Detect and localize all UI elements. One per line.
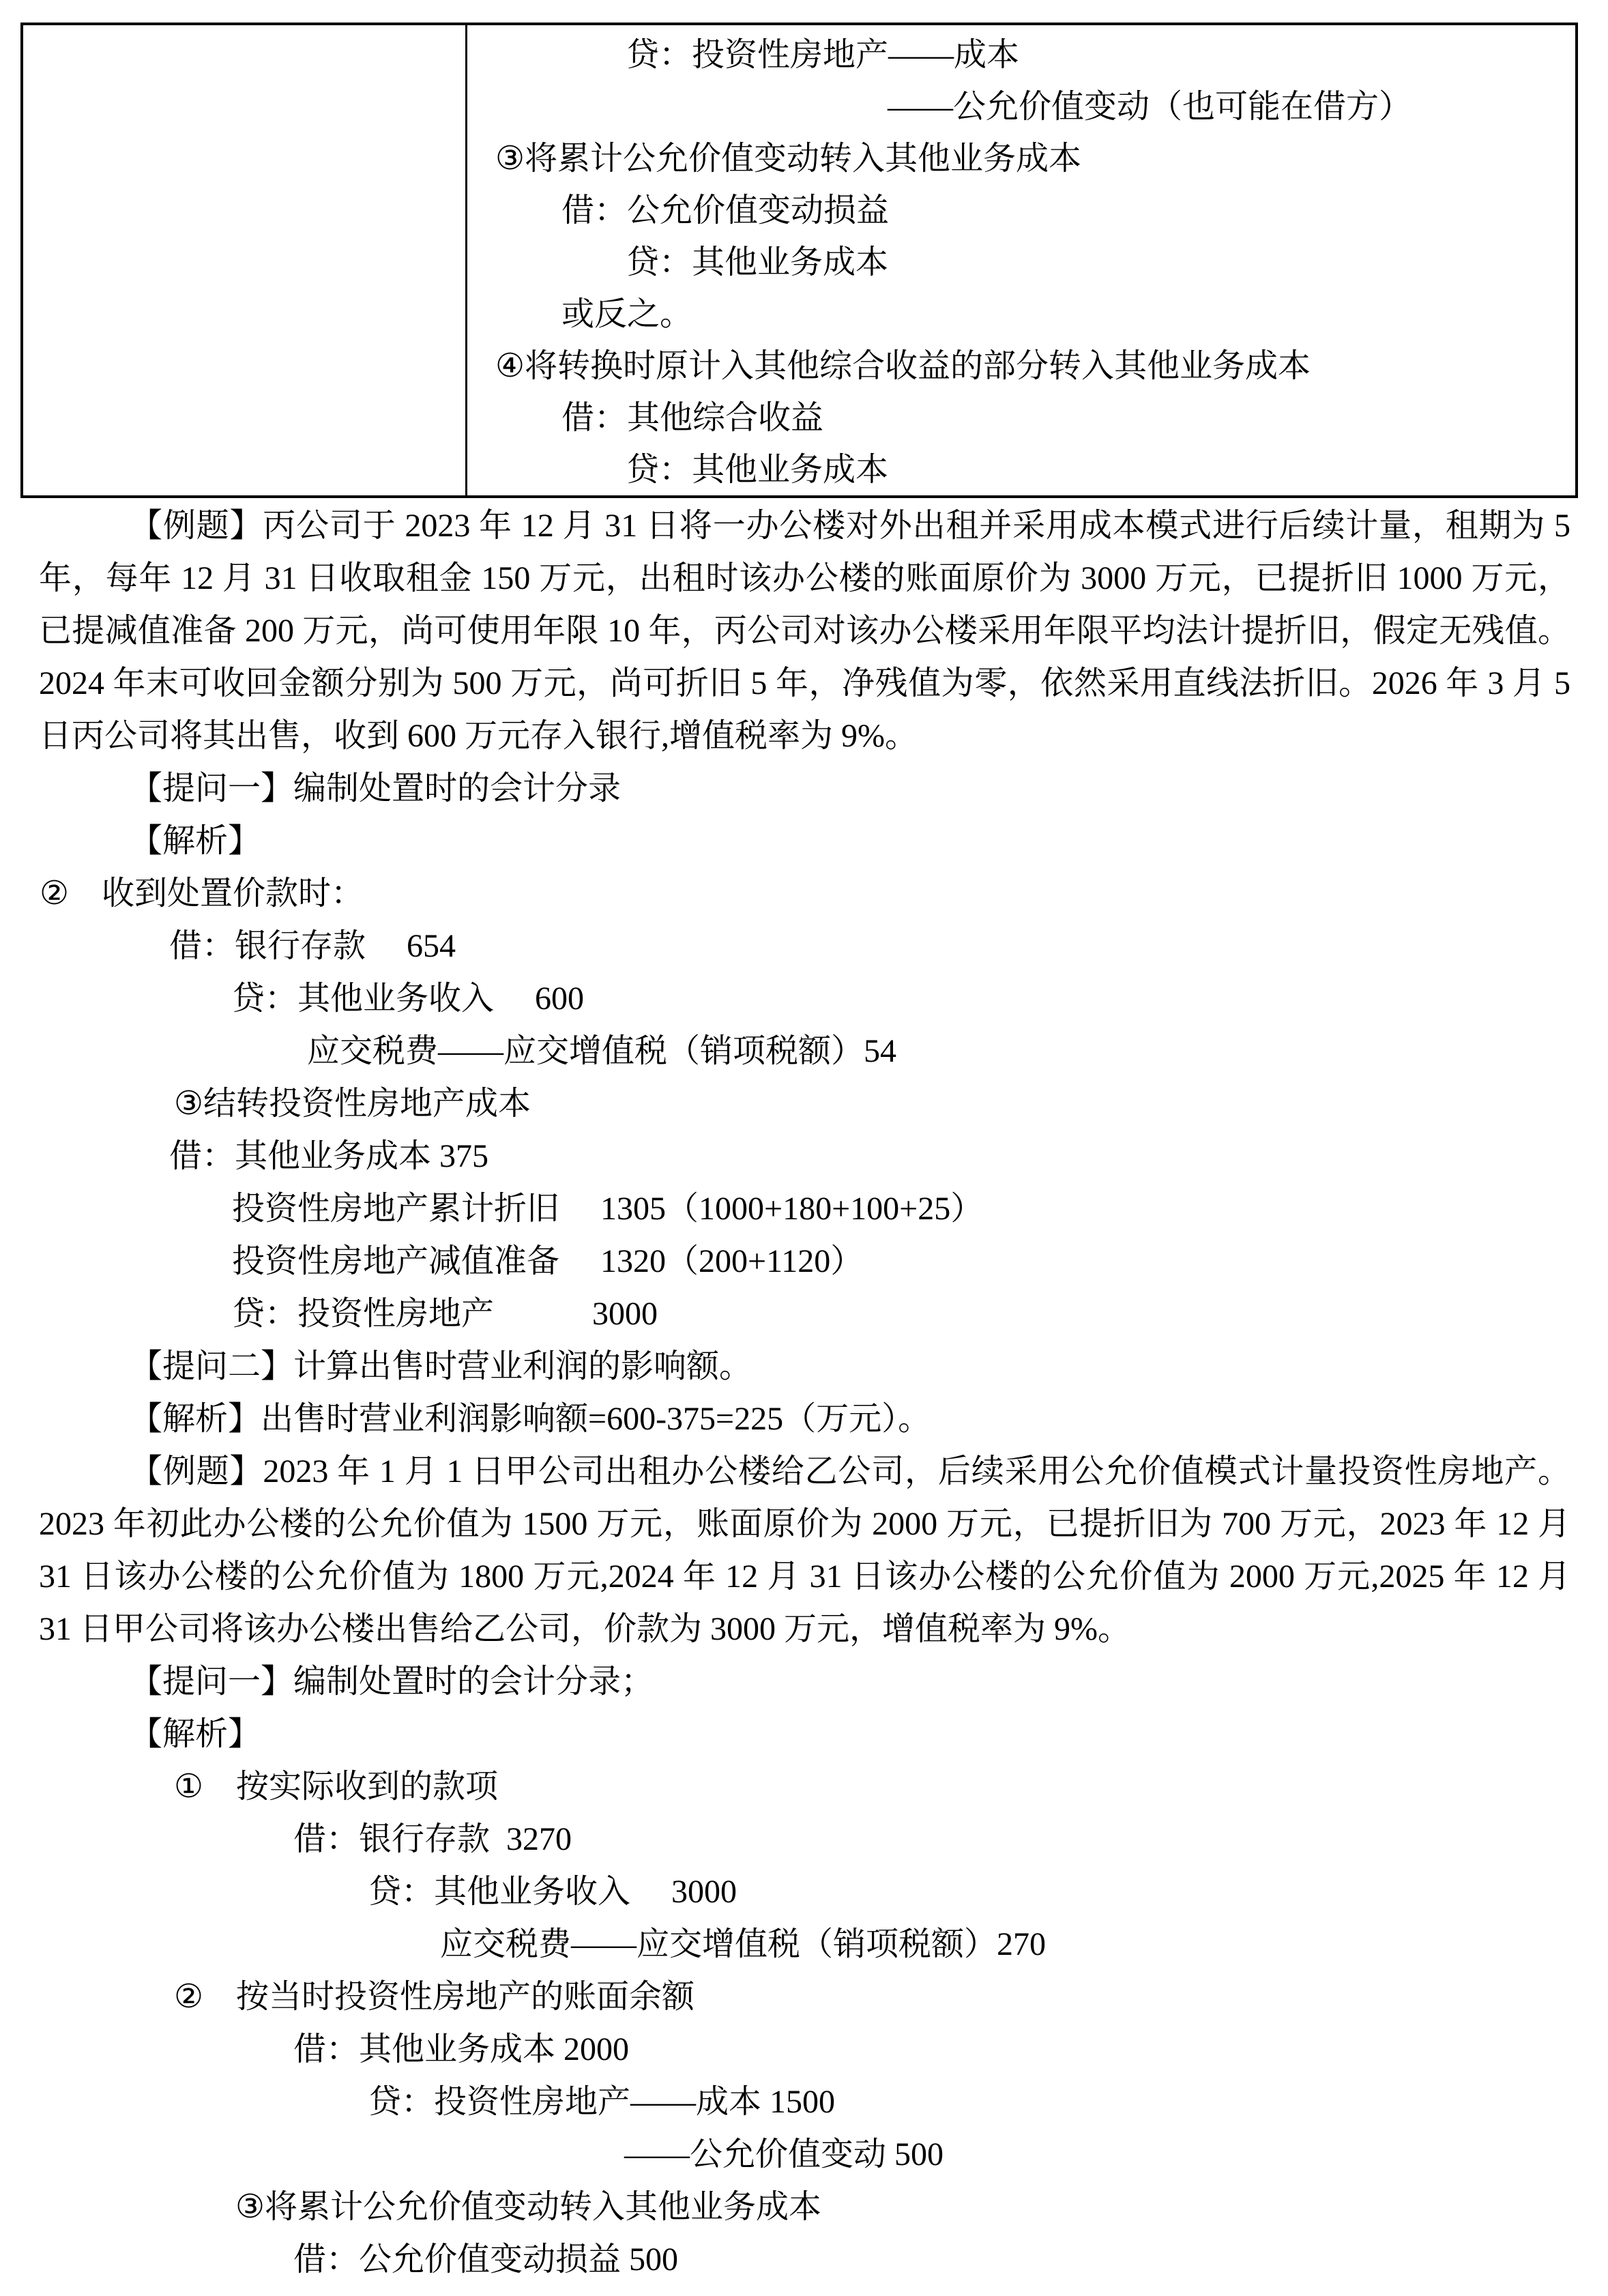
entry-line: 【提问二】计算出售时营业利润的影响额。 xyxy=(0,1340,1608,1393)
entry-line: 【提问一】编制处置时的会计分录 xyxy=(0,762,1608,815)
entry-line: 贷：投资性房地产——成本 1500 xyxy=(0,2076,1608,2128)
table-entry-line: 贷：其他业务成本 xyxy=(467,237,1575,289)
entry-line: 借：公允价值变动损益 500 xyxy=(0,2233,1608,2286)
table-entry-line: 借：公允价值变动损益 xyxy=(467,185,1575,237)
table-entry-line: 贷：其他业务成本 xyxy=(467,444,1575,495)
table-entry-line: 借：其他综合收益 xyxy=(467,392,1575,444)
entry-line: ① 按实际收到的款项 xyxy=(0,1760,1608,1813)
entry-line: 借：其他业务成本 375 xyxy=(0,1130,1608,1182)
table-entry-line: ③将累计公允价值变动转入其他业务成本 xyxy=(467,133,1575,185)
example-paragraph: 【例题】2023 年 1 月 1 日甲公司出租办公楼给乙公司，后续采用公允价值模… xyxy=(39,1445,1570,1655)
table-entry-line: 或反之。 xyxy=(467,289,1575,340)
content: 【例题】丙公司于 2023 年 12 月 31 日将一办公楼对外出租并采用成本模… xyxy=(0,499,1608,2286)
entry-line: 贷：其他业务收入 3000 xyxy=(0,1865,1608,1918)
entry-line: ② 按当时投资性房地产的账面余额 xyxy=(0,1971,1608,2023)
entry-line: ② 收到处置价款时： xyxy=(0,867,1608,920)
example-paragraph: 【例题】丙公司于 2023 年 12 月 31 日将一办公楼对外出租并采用成本模… xyxy=(39,499,1570,762)
accounting-entries-table: 贷：投资性房地产——成本——公允价值变动（也可能在借方）③将累计公允价值变动转入… xyxy=(20,23,1578,498)
entry-line: 借：银行存款 3270 xyxy=(0,1813,1608,1865)
entry-line: 投资性房地产累计折旧 1305（1000+180+100+25） xyxy=(0,1182,1608,1235)
table-entry-cell: 贷：投资性房地产——成本——公允价值变动（也可能在借方）③将累计公允价值变动转入… xyxy=(467,25,1575,495)
entry-line: 借：银行存款 654 xyxy=(0,920,1608,972)
entry-line: ③将累计公允价值变动转入其他业务成本 xyxy=(0,2181,1608,2233)
table-entry-line: ——公允价值变动（也可能在借方） xyxy=(467,81,1575,133)
table-entry-line: 贷：投资性房地产——成本 xyxy=(467,29,1575,81)
table-entry-line: ④将转换时原计入其他综合收益的部分转入其他业务成本 xyxy=(467,340,1575,392)
entry-line: ③结转投资性房地产成本 xyxy=(0,1077,1608,1130)
table-left-cell xyxy=(23,25,467,495)
entry-line: 【解析】 xyxy=(0,815,1608,867)
entry-line: 应交税费——应交增值税（销项税额）54 xyxy=(0,1025,1608,1077)
entry-line: 借：其他业务成本 2000 xyxy=(0,2023,1608,2076)
entry-line: ——公允价值变动 500 xyxy=(0,2128,1608,2181)
entry-line: 贷：其他业务收入 600 xyxy=(0,972,1608,1025)
entry-line: 贷：投资性房地产 3000 xyxy=(0,1288,1608,1340)
entry-line: 【解析】 xyxy=(0,1708,1608,1760)
entry-line: 投资性房地产减值准备 1320（200+1120） xyxy=(0,1235,1608,1288)
entry-line: 【解析】出售时营业利润影响额=600-375=225（万元）。 xyxy=(0,1393,1608,1445)
document-page: 贷：投资性房地产——成本——公允价值变动（也可能在借方）③将累计公允价值变动转入… xyxy=(0,0,1608,2296)
entry-line: 【提问一】编制处置时的会计分录； xyxy=(0,1655,1608,1708)
entry-line: 应交税费——应交增值税（销项税额）270 xyxy=(0,1918,1608,1971)
